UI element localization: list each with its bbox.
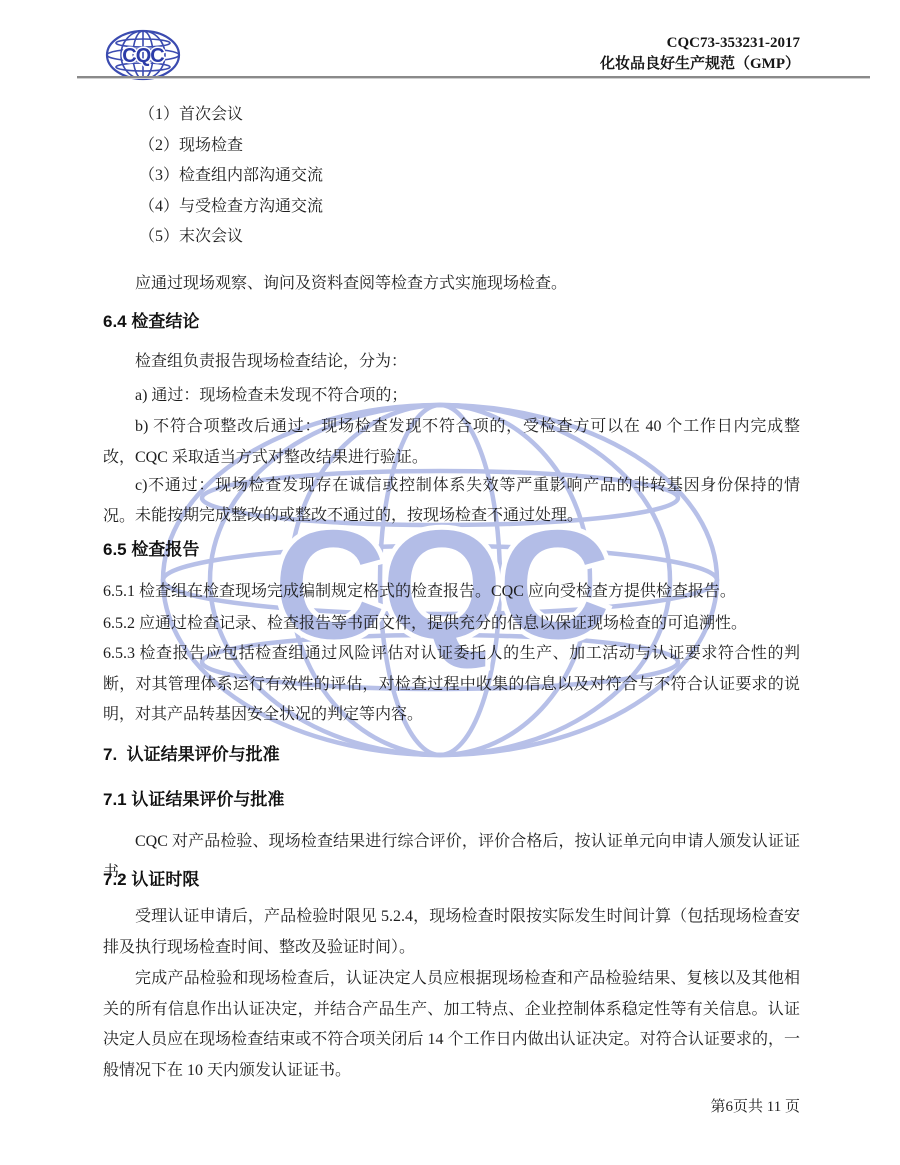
meeting-steps-list: （1）首次会议 （2）现场检查 （3）检查组内部沟通交流 （4）与受检查方沟通交… [103, 100, 800, 253]
list-item: （3）检查组内部沟通交流 [103, 161, 800, 192]
list-item: （4）与受检查方沟通交流 [103, 192, 800, 223]
list-item: （1）首次会议 [103, 100, 800, 131]
doc-title: 化妆品良好生产规范（GMP） [600, 54, 800, 75]
list-item: （5）末次会议 [103, 222, 800, 253]
paragraph-site-check: 应通过现场观察、询问及资料查阅等检查方式实施现场检查。 [103, 269, 800, 300]
logo-text: CQC [122, 45, 164, 67]
paragraph-6-5-1: 6.5.1 检查组在检查现场完成编制规定格式的检查报告。CQC 应向受检查方提供… [103, 577, 800, 608]
paragraph-6-4-c2: 未能按期完成整改的或整改不通过的，按现场检查不通过处理。 [103, 501, 800, 532]
section-heading-6-4: 6.4 检查结论 [103, 311, 800, 333]
page-number: 第6页共 11 页 [711, 1096, 800, 1118]
paragraph-6-5-2: 6.5.2 应通过检查记录、检查报告等书面文件，提供充分的信息以保证现场检查的可… [103, 609, 800, 640]
section-heading-6-5: 6.5 检查报告 [103, 539, 800, 561]
paragraph-7-2-b: 完成产品检验和现场检查后，认证决定人员应根据现场检查和产品检验结果、复核以及其他… [103, 964, 800, 1086]
section-heading-7-2: 7.2 认证时限 [103, 869, 800, 891]
paragraph-6-4-a: a) 通过：现场检查未发现不符合项的； [103, 381, 800, 412]
document-page: CQC CQC CQC73-353231-2017 化妆品良好生产规范（GMP）… [0, 0, 900, 1165]
paragraph-6-4-b: b) 不符合项整改后通过：现场检查发现不符合项的，受检查方可以在 40 个工作日… [103, 412, 800, 473]
paragraph-6-5-3: 6.5.3 检查报告应包括检查组通过风险评估对认证委托人的生产、加工活动与认证要… [103, 639, 800, 731]
header-divider [77, 76, 870, 79]
list-item: （2）现场检查 [103, 131, 800, 162]
paragraph-7-2-a: 受理认证申请后，产品检验时限见 5.2.4，现场检查时限按实际发生时间计算（包括… [103, 902, 800, 963]
doc-number: CQC73-353231-2017 [600, 33, 800, 54]
section-heading-7: 7. 认证结果评价与批准 [103, 744, 800, 766]
paragraph-6-4-intro: 检查组负责报告现场检查结论，分为： [103, 347, 800, 378]
document-header: CQC73-353231-2017 化妆品良好生产规范（GMP） [600, 33, 800, 75]
section-heading-7-1: 7.1 认证结果评价与批准 [103, 789, 800, 811]
